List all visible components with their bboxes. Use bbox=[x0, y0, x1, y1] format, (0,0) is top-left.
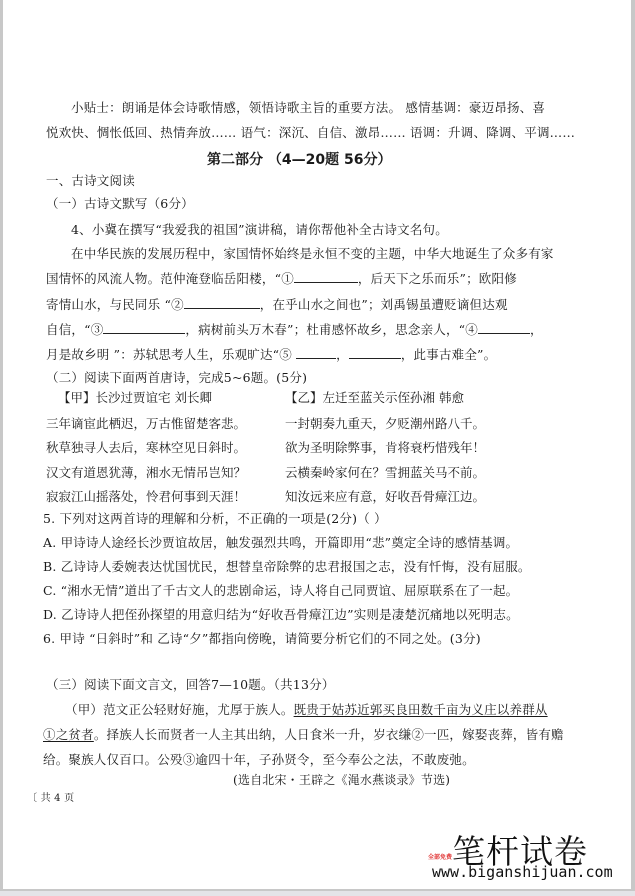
poem-jia-line: 寂寂江山摇落处，怜君何事到天涯！ bbox=[46, 489, 246, 505]
tip-line-1: 小贴士：朗诵是体会诗歌情感，领悟诗歌主旨的重要方法。 感情基调：豪迈昂扬、喜 bbox=[71, 100, 545, 116]
blank-5a[interactable] bbox=[296, 346, 336, 359]
q5-option-d[interactable]: D. 乙诗诗人把侄孙探望的用意归结为“好收吾骨瘴江边”实则是凄楚沉痛地以死明志。 bbox=[43, 607, 519, 623]
exam-page: 小贴士：朗诵是体会诗歌情感，领悟诗歌主旨的重要方法。 感情基调：豪迈昂扬、喜 悦… bbox=[3, 0, 631, 889]
viewer-bottom-edge bbox=[0, 891, 635, 896]
page-info: 〔 共 4 页 bbox=[27, 791, 74, 807]
classical-source: (选自北宋・王辟之《渑水燕谈录》节选) bbox=[233, 772, 450, 788]
watermark-small-label: 全部免费 bbox=[428, 852, 452, 861]
q4-text: 自信，“③ bbox=[46, 322, 103, 337]
blank-4[interactable] bbox=[478, 321, 530, 334]
poem-jia-line: 三年谪宦此栖迟，万古惟留楚客悲。 bbox=[46, 416, 246, 432]
watermark-url: www.biganshijuan.com bbox=[432, 863, 613, 881]
subsection-1-title: （一）古诗文默写（6分） bbox=[46, 196, 194, 212]
q4-text: ，后天下之乐而乐”；欧阳修 bbox=[358, 271, 517, 286]
poem-jia-line: 汉文有道恩犹薄，湘水无情吊岂知？ bbox=[46, 465, 246, 481]
q4-para-line-2: 国情怀的风流人物。范仲淹登临岳阳楼，“①，后天下之乐而乐”；欧阳修 bbox=[46, 270, 517, 287]
underlined-sentence: ①之贫者 bbox=[43, 727, 94, 742]
q4-text: 月是故乡明 ”：苏轼思考人生，乐观旷达“⑤ bbox=[46, 347, 296, 362]
q4-para-line-4: 自信，“③，病树前头万木春”；杜甫感怀故乡，思念亲人，“④， bbox=[46, 321, 543, 338]
part-heading: 第二部分 （4—20题 56分） bbox=[207, 149, 391, 169]
classical-line-1: （甲）范文正公轻财好施，尤厚于族人。既贵于姑苏近郭买良田数千亩为义庄以养群从 bbox=[65, 702, 548, 718]
q4-text: 国情怀的风流人物。范仲淹登临岳阳楼，“① bbox=[46, 271, 294, 286]
question-4-prompt: 4、小冀在撰写“我爱我的祖国”演讲稿，请你帮他补全古诗文名句。 bbox=[71, 222, 448, 238]
q4-text: ， bbox=[530, 322, 543, 337]
q4-text: 寄情山水，与民同乐 “② bbox=[46, 297, 184, 312]
section-title: 一、古诗文阅读 bbox=[46, 173, 135, 189]
q4-para-line-3: 寄情山水，与民同乐 “②，在乎山水之间也”；刘禹锡虽遭贬谪但达观 bbox=[46, 296, 508, 313]
underlined-sentence: 既贵于姑苏近郭买良田数千亩为义庄以养群从 bbox=[294, 702, 548, 717]
q4-para-line-1: 在中华民族的发展历程中，家国情怀始终是永恒不变的主题，中华大地诞生了众多有家 bbox=[71, 246, 554, 262]
q4-para-line-5: 月是故乡明 ”：苏轼思考人生，乐观旷达“⑤ ，，此事古难全”。 bbox=[46, 346, 496, 363]
poem-yi-line: 知汝远来应有意，好收吾骨瘴江边。 bbox=[285, 489, 485, 505]
blank-3[interactable] bbox=[103, 321, 185, 334]
question-5-prompt: 5. 下列对这两首诗的理解和分析，不正确的一项是(2分)（ ） bbox=[43, 511, 387, 527]
subsection-2-title: （二）阅读下面两首唐诗，完成5~6题。(5分) bbox=[46, 370, 307, 386]
q5-option-c[interactable]: C. “湘水无情”道出了千古文人的悲剧命运，诗人将自己同贾谊、屈原联系在了一起。 bbox=[43, 583, 518, 599]
q4-text: ，在乎山水之间也”；刘禹锡虽遭贬谪但达观 bbox=[260, 297, 508, 312]
poem-jia-title: 【甲】长沙过贾谊宅 刘长卿 bbox=[58, 390, 212, 406]
tip-line-2: 悦欢快、惆怅低回、热情奔放…… 语气：深沉、自信、激昂…… 语调：升调、降调、平… bbox=[46, 125, 575, 141]
classical-line-3: 给。聚族人仅百口。公殁③逾四十年，子孙贤令，至今奉公之法，不敢废弛。 bbox=[43, 752, 475, 768]
q4-text: ， bbox=[336, 347, 349, 362]
classical-text: 。择族人长而贤者一人主其出纳，人日食米一升，岁衣缣②一匹，嫁娶丧葬，皆有赡 bbox=[94, 727, 564, 742]
blank-5b[interactable] bbox=[349, 346, 401, 359]
q5-option-a[interactable]: A. 甲诗诗人途经长沙贾谊故居，触发强烈共鸣，开篇即用“悲”奠定全诗的感情基调。 bbox=[43, 535, 518, 551]
classical-text: （甲）范文正公轻财好施，尤厚于族人。 bbox=[65, 702, 294, 717]
poem-jia-line: 秋草独寻人去后，寒林空见日斜时。 bbox=[46, 440, 246, 456]
blank-2[interactable] bbox=[184, 296, 260, 309]
q4-text: ，此事古难全”。 bbox=[401, 347, 497, 362]
poem-yi-title: 【乙】左迁至蓝关示侄孙湘 韩愈 bbox=[285, 390, 464, 406]
subsection-3-title: （三）阅读下面文言文，回答7—10题。（共13分） bbox=[46, 677, 335, 693]
q4-text: ，病树前头万木春”；杜甫感怀故乡，思念亲人，“④ bbox=[185, 322, 478, 337]
classical-line-2: ①之贫者。择族人长而贤者一人主其出纳，人日食米一升，岁衣缣②一匹，嫁娶丧葬，皆有… bbox=[43, 727, 564, 743]
poem-yi-line: 一封朝奏九重天，夕贬潮州路八千。 bbox=[285, 416, 485, 432]
poem-yi-line: 欲为圣明除弊事，肯将衰朽惜残年！ bbox=[285, 440, 485, 456]
poem-yi-line: 云横秦岭家何在？雪拥蓝关马不前。 bbox=[285, 465, 485, 481]
blank-1[interactable] bbox=[294, 270, 358, 283]
q5-option-b[interactable]: B. 乙诗诗人委婉表达忧国忧民，想替皇帝除弊的忠君报国之志，没有忏悔，没有屈服。 bbox=[43, 559, 531, 575]
question-6-prompt: 6. 甲诗 “日斜时”和 乙诗“夕”都指向傍晚，请简要分析它们的不同之处。(3分… bbox=[43, 631, 481, 647]
